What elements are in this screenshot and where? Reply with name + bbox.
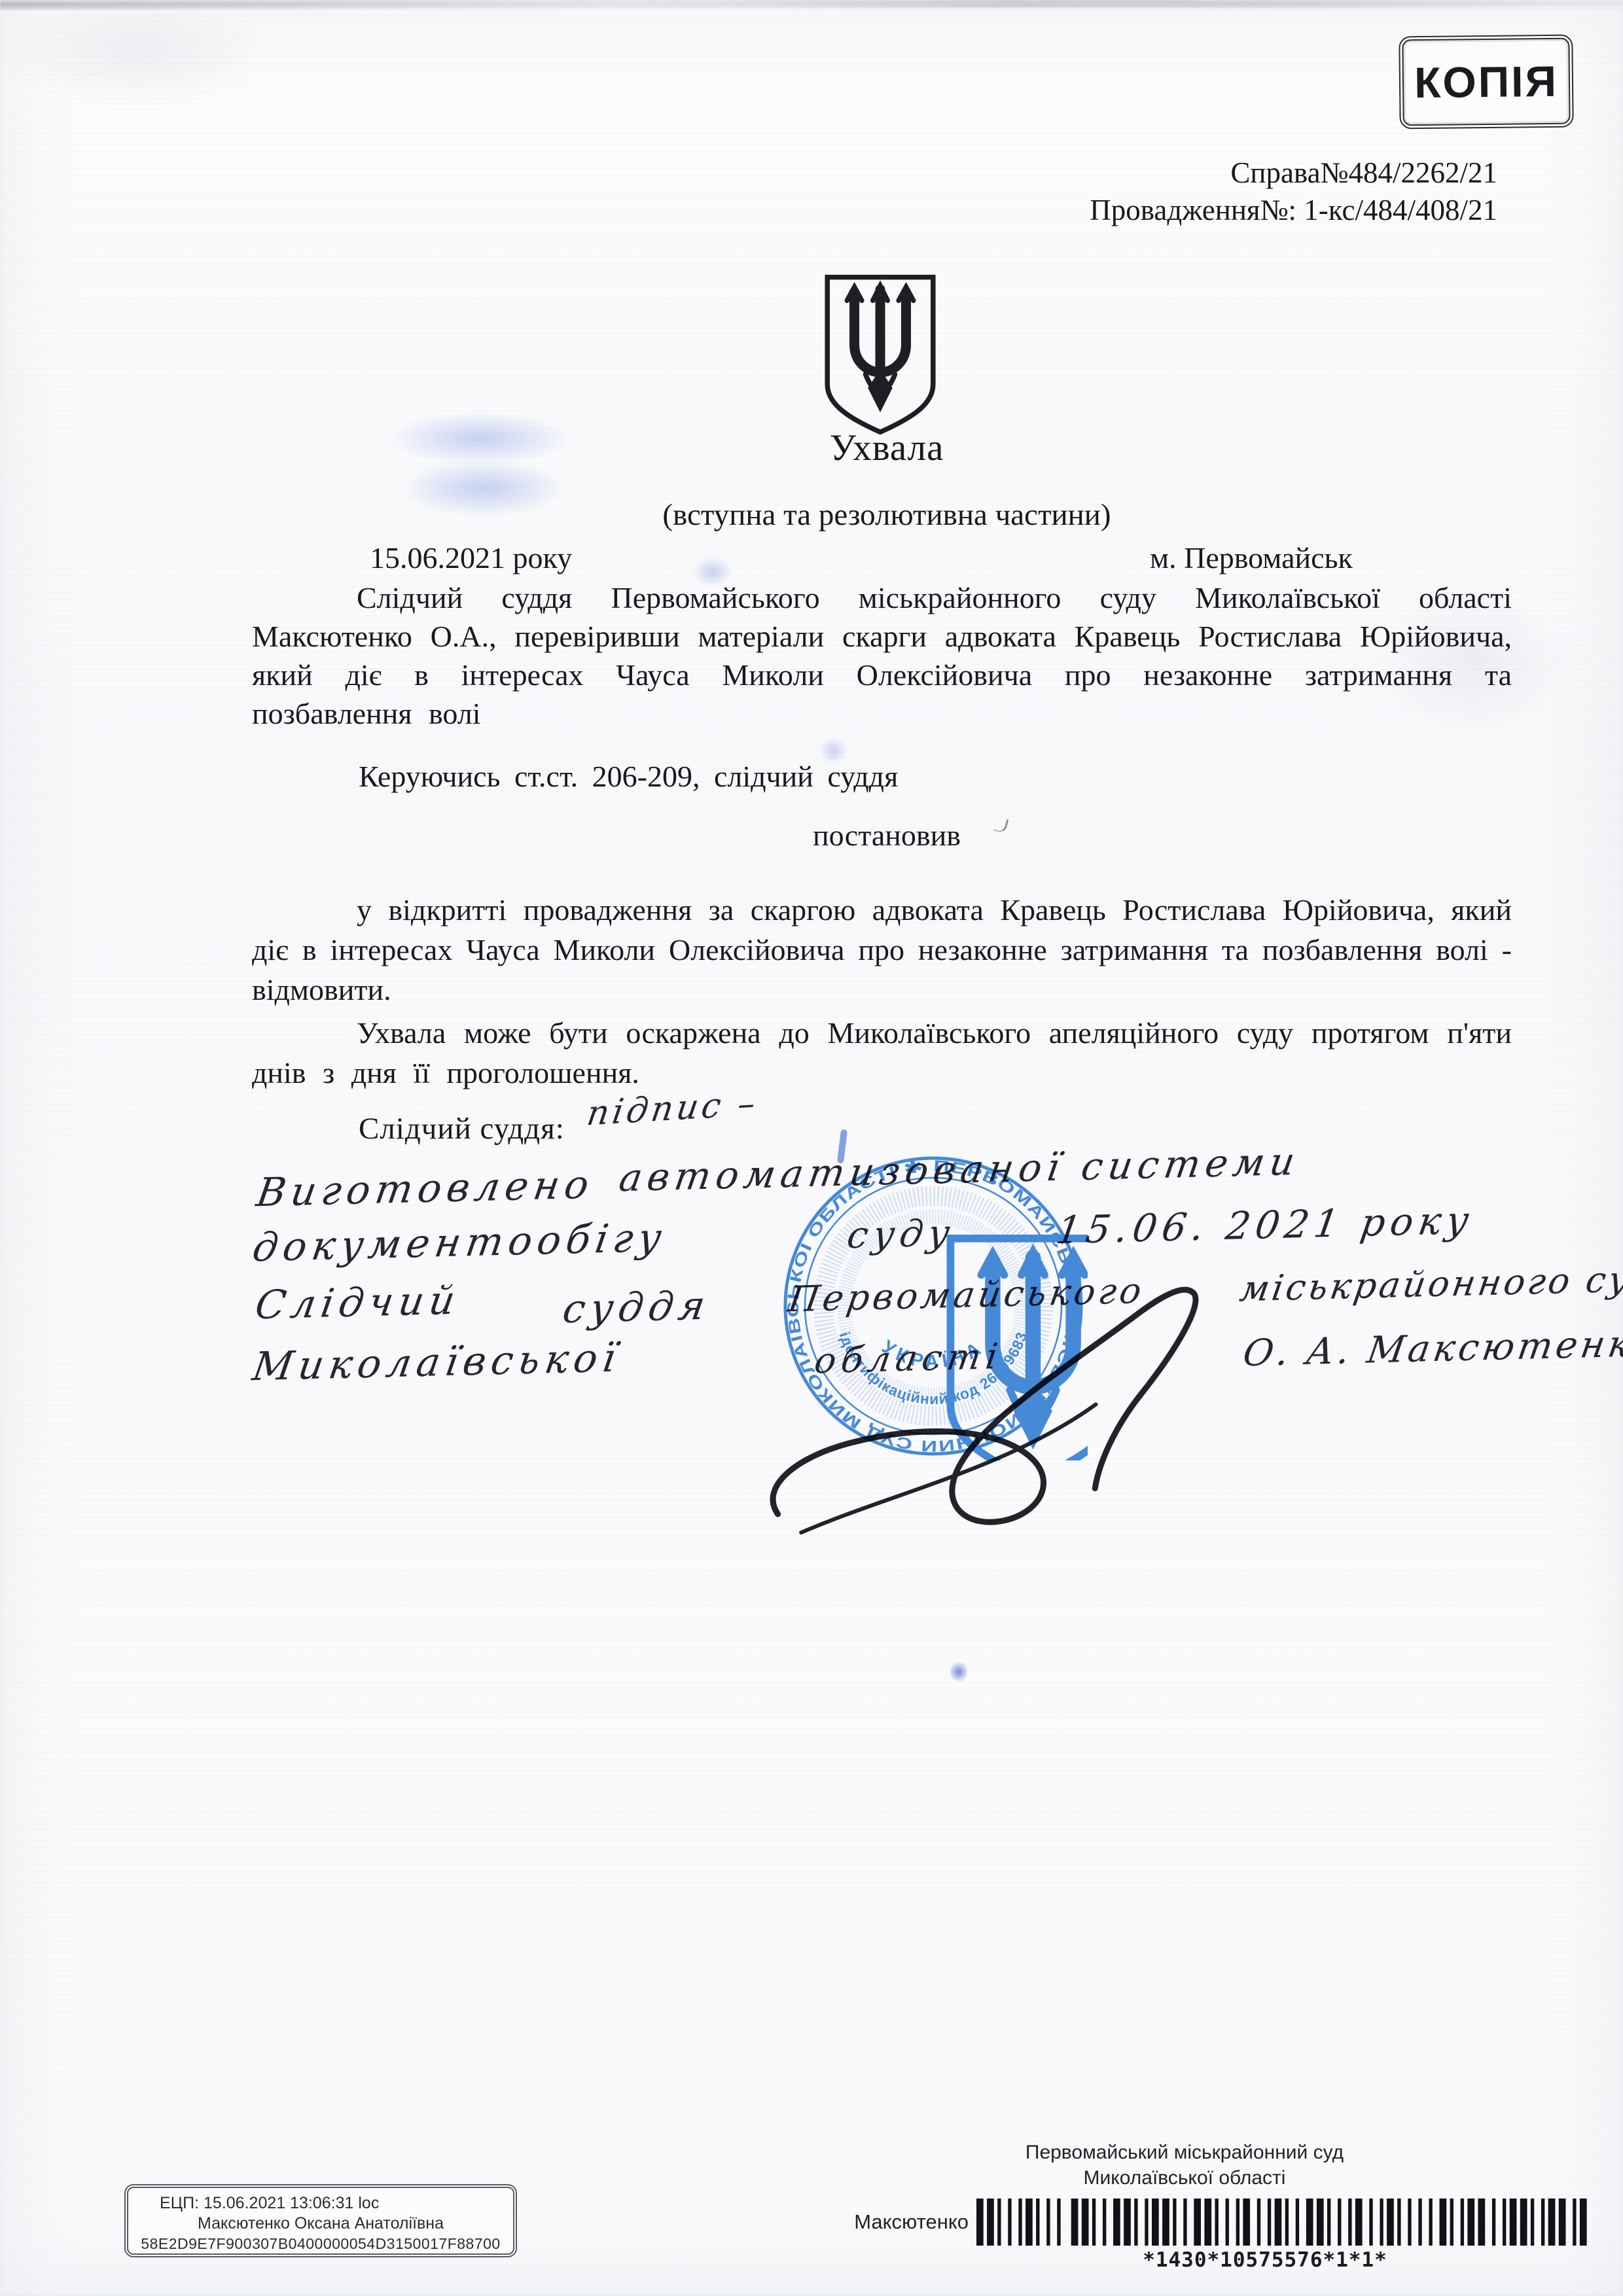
handwriting-line4-left: Миколаївської (249, 1335, 624, 1390)
case-numbers-block: Справа№484/2262/21 Провадження№: 1-кс/48… (1090, 154, 1497, 229)
barcode (976, 2199, 1590, 2246)
appeal-paragraph: Ухвала може бути оскаржена до Миколаївсь… (252, 1013, 1512, 1093)
handwriting-line4-right: О. А. Максютенко (1240, 1322, 1623, 1375)
judge-label: Слідчий суддя: (359, 1111, 565, 1146)
handwriting-line3-mid: суддя (560, 1283, 713, 1333)
esign-timestamp: ЕЦП: 15.06.2021 13:06:31 loc (137, 2193, 504, 2214)
scanned-court-document: КОПІЯ Справа№484/2262/21 Провадження№: 1… (0, 0, 1623, 2296)
document-title: Ухвала (232, 427, 1541, 469)
handwriting-line2-right: 15.06. 2021 року (1054, 1197, 1477, 1252)
intro-paragraph: Слідчий суддя Первомайського міськрайонн… (252, 578, 1512, 733)
decision-date: 15.06.2021 року (370, 540, 572, 575)
case-number: Справа№484/2262/21 (1090, 154, 1497, 192)
handwriting-line3-left: Слідчий (252, 1277, 463, 1328)
resolution-paragraph: у відкритті провадження за скаргою адвок… (252, 890, 1512, 1010)
footer-court-line1: Первомайський міськрайонний суд (910, 2140, 1459, 2165)
resolution-heading: постановив (232, 818, 1541, 853)
judge-pen-signature (722, 1260, 1253, 1568)
ukraine-trident-emblem-icon (818, 274, 942, 436)
digital-signature-box: ЕЦП: 15.06.2021 13:06:31 loc Максютенко … (124, 2184, 517, 2257)
barcode-bars (976, 2199, 1587, 2246)
decision-place: м. Первомайськ (1150, 540, 1353, 575)
esign-certificate-hash: 58E2D9E7F900307B0400000054D3150017F88700 (137, 2234, 504, 2253)
scan-shadow-1 (0, 0, 275, 105)
proceeding-number: Провадження№: 1-кс/484/408/21 (1090, 192, 1497, 229)
handwriting-line1-left: Виготовлено (253, 1161, 597, 1216)
handwriting-line3-right: міськрайонного суду (1237, 1258, 1623, 1310)
ink-dot (950, 1661, 967, 1683)
copy-stamp-label: КОПІЯ (1414, 56, 1559, 107)
footer-court-name: Первомайський міськрайонний суд Миколаїв… (910, 2140, 1459, 2191)
document-subtitle: (вступна та резолютивна частини) (232, 497, 1541, 533)
copy-stamp: КОПІЯ (1399, 35, 1573, 130)
esign-signer-name: Максютенко Оксана Анатоліївна (137, 2214, 504, 2234)
footer-court-line2: Миколаївської області (910, 2165, 1459, 2191)
barcode-signer-label: Максютенко (805, 2210, 969, 2234)
guided-by-line: Керуючись ст.ст. 206-209, слідчий суддя (359, 759, 898, 794)
barcode-caption: *1430*10575576*1*1* (958, 2248, 1572, 2272)
handwriting-line2-left: документообігу (249, 1215, 669, 1271)
